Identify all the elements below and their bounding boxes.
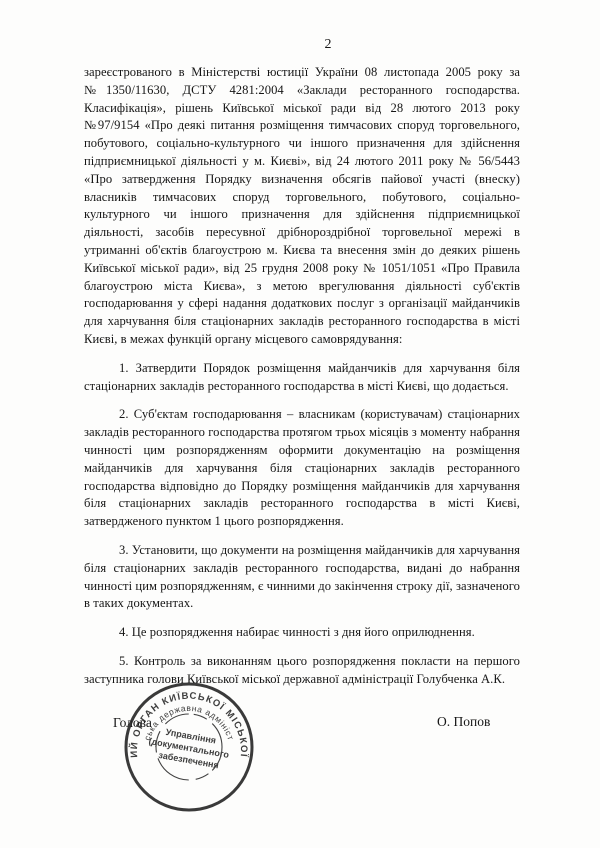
text-line: майданчиків для харчування біля стаціона…	[84, 460, 520, 478]
text-line: благоустрою міста Києва», з метою врегул…	[84, 278, 520, 296]
signatory-name: О. Попов	[437, 714, 532, 730]
text-line: господарства відповідно до Порядку розмі…	[84, 478, 520, 496]
text-line: побутового, соціально-культурного чи інш…	[84, 135, 520, 153]
text-line: власників тимчасових споруд торговельног…	[84, 189, 520, 207]
text-line: чинності цим розпорядженням оформити док…	[84, 442, 520, 460]
text-line: «Про затвердження Порядку визначення обс…	[84, 171, 520, 189]
text-line: утриманні об'єктів благоустрою м. Києва …	[84, 242, 520, 260]
document-body: зареєстрованого в Міністерстві юстиції У…	[84, 64, 520, 700]
text-line: Києві, в межах функцій органу місцевого …	[84, 331, 520, 349]
order-item-2: 2. Суб'єктам господарювання – власникам …	[84, 406, 520, 531]
text-line: діяльності, засобів пересувної дрібнороз…	[84, 224, 520, 242]
order-item-1: 1. Затвердити Порядок розміщення майданч…	[84, 360, 520, 396]
text-line: затвердженого пунктом 1 цього розпорядже…	[84, 513, 520, 531]
text-line: 4. Це розпорядження набирає чинності з д…	[84, 624, 520, 642]
text-line: 2. Суб'єктам господарювання – власникам …	[84, 406, 520, 424]
text-line: №97/9154 «Про деякі питання розміщення т…	[84, 117, 520, 135]
text-line: 5. Контроль за виконанням цього розпоряд…	[84, 653, 520, 671]
order-item-4: 4. Це розпорядження набирає чинності з д…	[84, 624, 520, 642]
text-line: 1. Затвердити Порядок розміщення майданч…	[84, 360, 520, 378]
text-line: чинності цим розпорядженням, є чинними д…	[84, 578, 520, 596]
text-line: біля стаціонарних закладів ресторанного …	[84, 495, 520, 513]
page-number: 2	[318, 37, 338, 53]
text-line: закладів ресторанного господарства протя…	[84, 424, 520, 442]
text-line: зареєстрованого в Міністерстві юстиції У…	[84, 64, 520, 82]
document-page: 2 зареєстрованого в Міністерстві юстиції…	[0, 0, 600, 848]
official-round-stamp: ИЙ ОРГАН КИЇВСЬКОЇ МІСЬКОЇ ська державна…	[121, 679, 257, 815]
order-item-3: 3. Установити, що документи на розміщенн…	[84, 542, 520, 613]
text-line: Київської міської ради», від 25 грудня 2…	[84, 260, 520, 278]
text-line: господарювання у сфері надання додаткови…	[84, 295, 520, 313]
intro-paragraph: зареєстрованого в Міністерстві юстиції У…	[84, 64, 520, 349]
text-line: в таких документах.	[84, 595, 520, 613]
text-line: стаціонарних закладів ресторанного госпо…	[84, 378, 520, 396]
text-line: для харчування біля стаціонарних закладі…	[84, 313, 520, 331]
text-line: Класифікація», рішень Київської міської …	[84, 100, 520, 118]
text-line: підприємницької діяльності у м. Києві», …	[84, 153, 520, 171]
text-line: №1350/11630, ДСТУ 4281:2004 «Заклади рес…	[84, 82, 520, 100]
text-line: біля стаціонарних закладів ресторанного …	[84, 560, 520, 578]
text-line: культурного чи іншого призначення для зд…	[84, 206, 520, 224]
text-line: 3. Установити, що документи на розміщенн…	[84, 542, 520, 560]
stamp-center-text: Управління (документального забезпечення	[146, 724, 233, 772]
